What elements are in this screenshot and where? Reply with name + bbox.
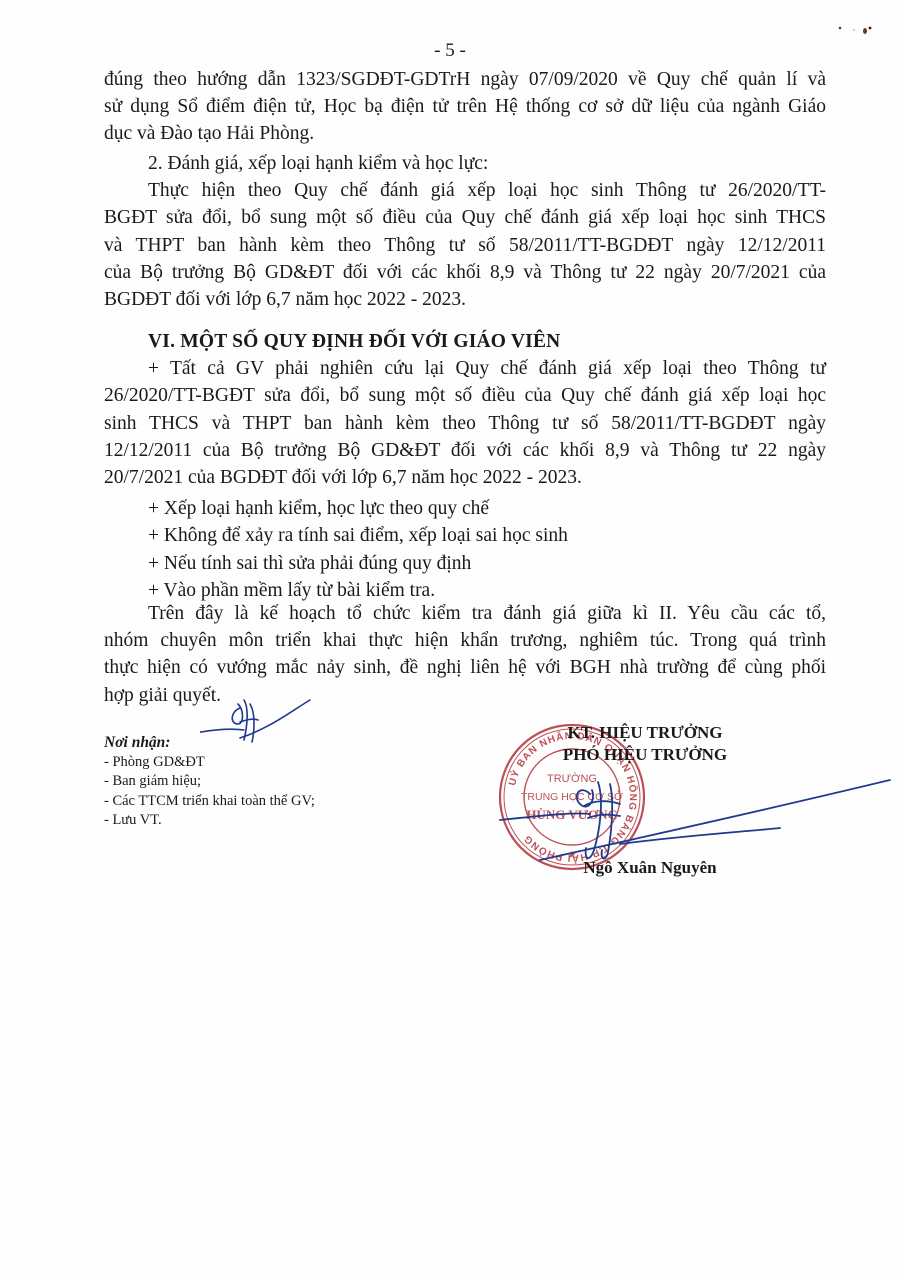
section-6-lead: + Tất cả GV phải nghiên cứu lại Quy chế …	[104, 355, 826, 491]
section-6-bullets: + Xếp loại hạnh kiểm, học lực theo quy c…	[104, 495, 826, 604]
section-2-line: BGDĐT đối với lớp 6,7 năm học 2022 - 202…	[104, 286, 826, 313]
bullet-item: + Nếu tính sai thì sửa phải đúng quy địn…	[104, 550, 826, 577]
closing-line: Trên đây là kế hoạch tổ chức kiểm tra đá…	[104, 600, 826, 627]
section-6: VI. MỘT SỐ QUY ĐỊNH ĐỐI VỚI GIÁO VIÊN + …	[104, 328, 826, 604]
signature-title: KT. HIỆU TRƯỞNG PHÓ HIỆU TRƯỞNG	[520, 722, 770, 766]
signature-line-1: KT. HIỆU TRƯỞNG	[520, 722, 770, 744]
scan-speck-marks	[832, 22, 882, 36]
closing-line: thực hiện có vướng mắc nảy sinh, đề nghị…	[104, 654, 826, 681]
section-6-lead-line: sinh THCS và THPT ban hành kèm theo Thôn…	[104, 410, 826, 437]
bullet-item: + Không để xảy ra tính sai điểm, xếp loạ…	[104, 522, 826, 549]
section-2-line: và THPT ban hành kèm theo Thông tư số 58…	[104, 232, 826, 259]
intro-line: dục và Đào tạo Hải Phòng.	[104, 120, 826, 147]
recipient-item: - Các TTCM triển khai toàn thể GV;	[104, 792, 424, 812]
section-2-line: Thực hiện theo Quy chế đánh giá xếp loại…	[104, 177, 826, 204]
section-2-title: 2. Đánh giá, xếp loại hạnh kiểm và học l…	[104, 150, 826, 177]
section-2-line: BGĐT sửa đổi, bổ sung một số điều của Qu…	[104, 204, 826, 231]
document-page: - 5 - đúng theo hướng dẫn 1323/SGDĐT-GDT…	[0, 0, 900, 1274]
page-number: - 5 -	[0, 40, 900, 62]
section-2-body: Thực hiện theo Quy chế đánh giá xếp loại…	[104, 177, 826, 313]
section-2: 2. Đánh giá, xếp loại hạnh kiểm và học l…	[104, 150, 826, 313]
recipient-item: - Ban giám hiệu;	[104, 772, 424, 792]
section-2-line: của Bộ trưởng Bộ GD&ĐT đối với các khối …	[104, 259, 826, 286]
intro-paragraph: đúng theo hướng dẫn 1323/SGDĐT-GDTrH ngà…	[104, 66, 826, 148]
section-6-lead-line: + Tất cả GV phải nghiên cứu lại Quy chế …	[104, 355, 826, 382]
intro-line: đúng theo hướng dẫn 1323/SGDĐT-GDTrH ngà…	[104, 66, 826, 93]
signature-line-2: PHÓ HIỆU TRƯỞNG	[520, 744, 770, 766]
section-6-lead-line: 12/12/2011 của Bộ trưởng Bộ GD&ĐT đối vớ…	[104, 437, 826, 464]
bullet-item: + Xếp loại hạnh kiểm, học lực theo quy c…	[104, 495, 826, 522]
closing-line: nhóm chuyên môn triển khai thực hiện khẩ…	[104, 627, 826, 654]
section-6-lead-line: 20/7/2021 của BGDĐT đối với lớp 6,7 năm …	[104, 464, 826, 491]
recipient-item: - Lưu VT.	[104, 811, 424, 831]
section-6-lead-line: 26/2020/TT-BGĐT sửa đổi, bổ sung một số …	[104, 382, 826, 409]
intro-line: sử dụng Sổ điểm điện tử, Học bạ điện tử …	[104, 93, 826, 120]
section-6-heading: VI. MỘT SỐ QUY ĐỊNH ĐỐI VỚI GIÁO VIÊN	[104, 328, 826, 355]
handwritten-signature	[480, 770, 900, 870]
initials-signature	[200, 690, 330, 760]
